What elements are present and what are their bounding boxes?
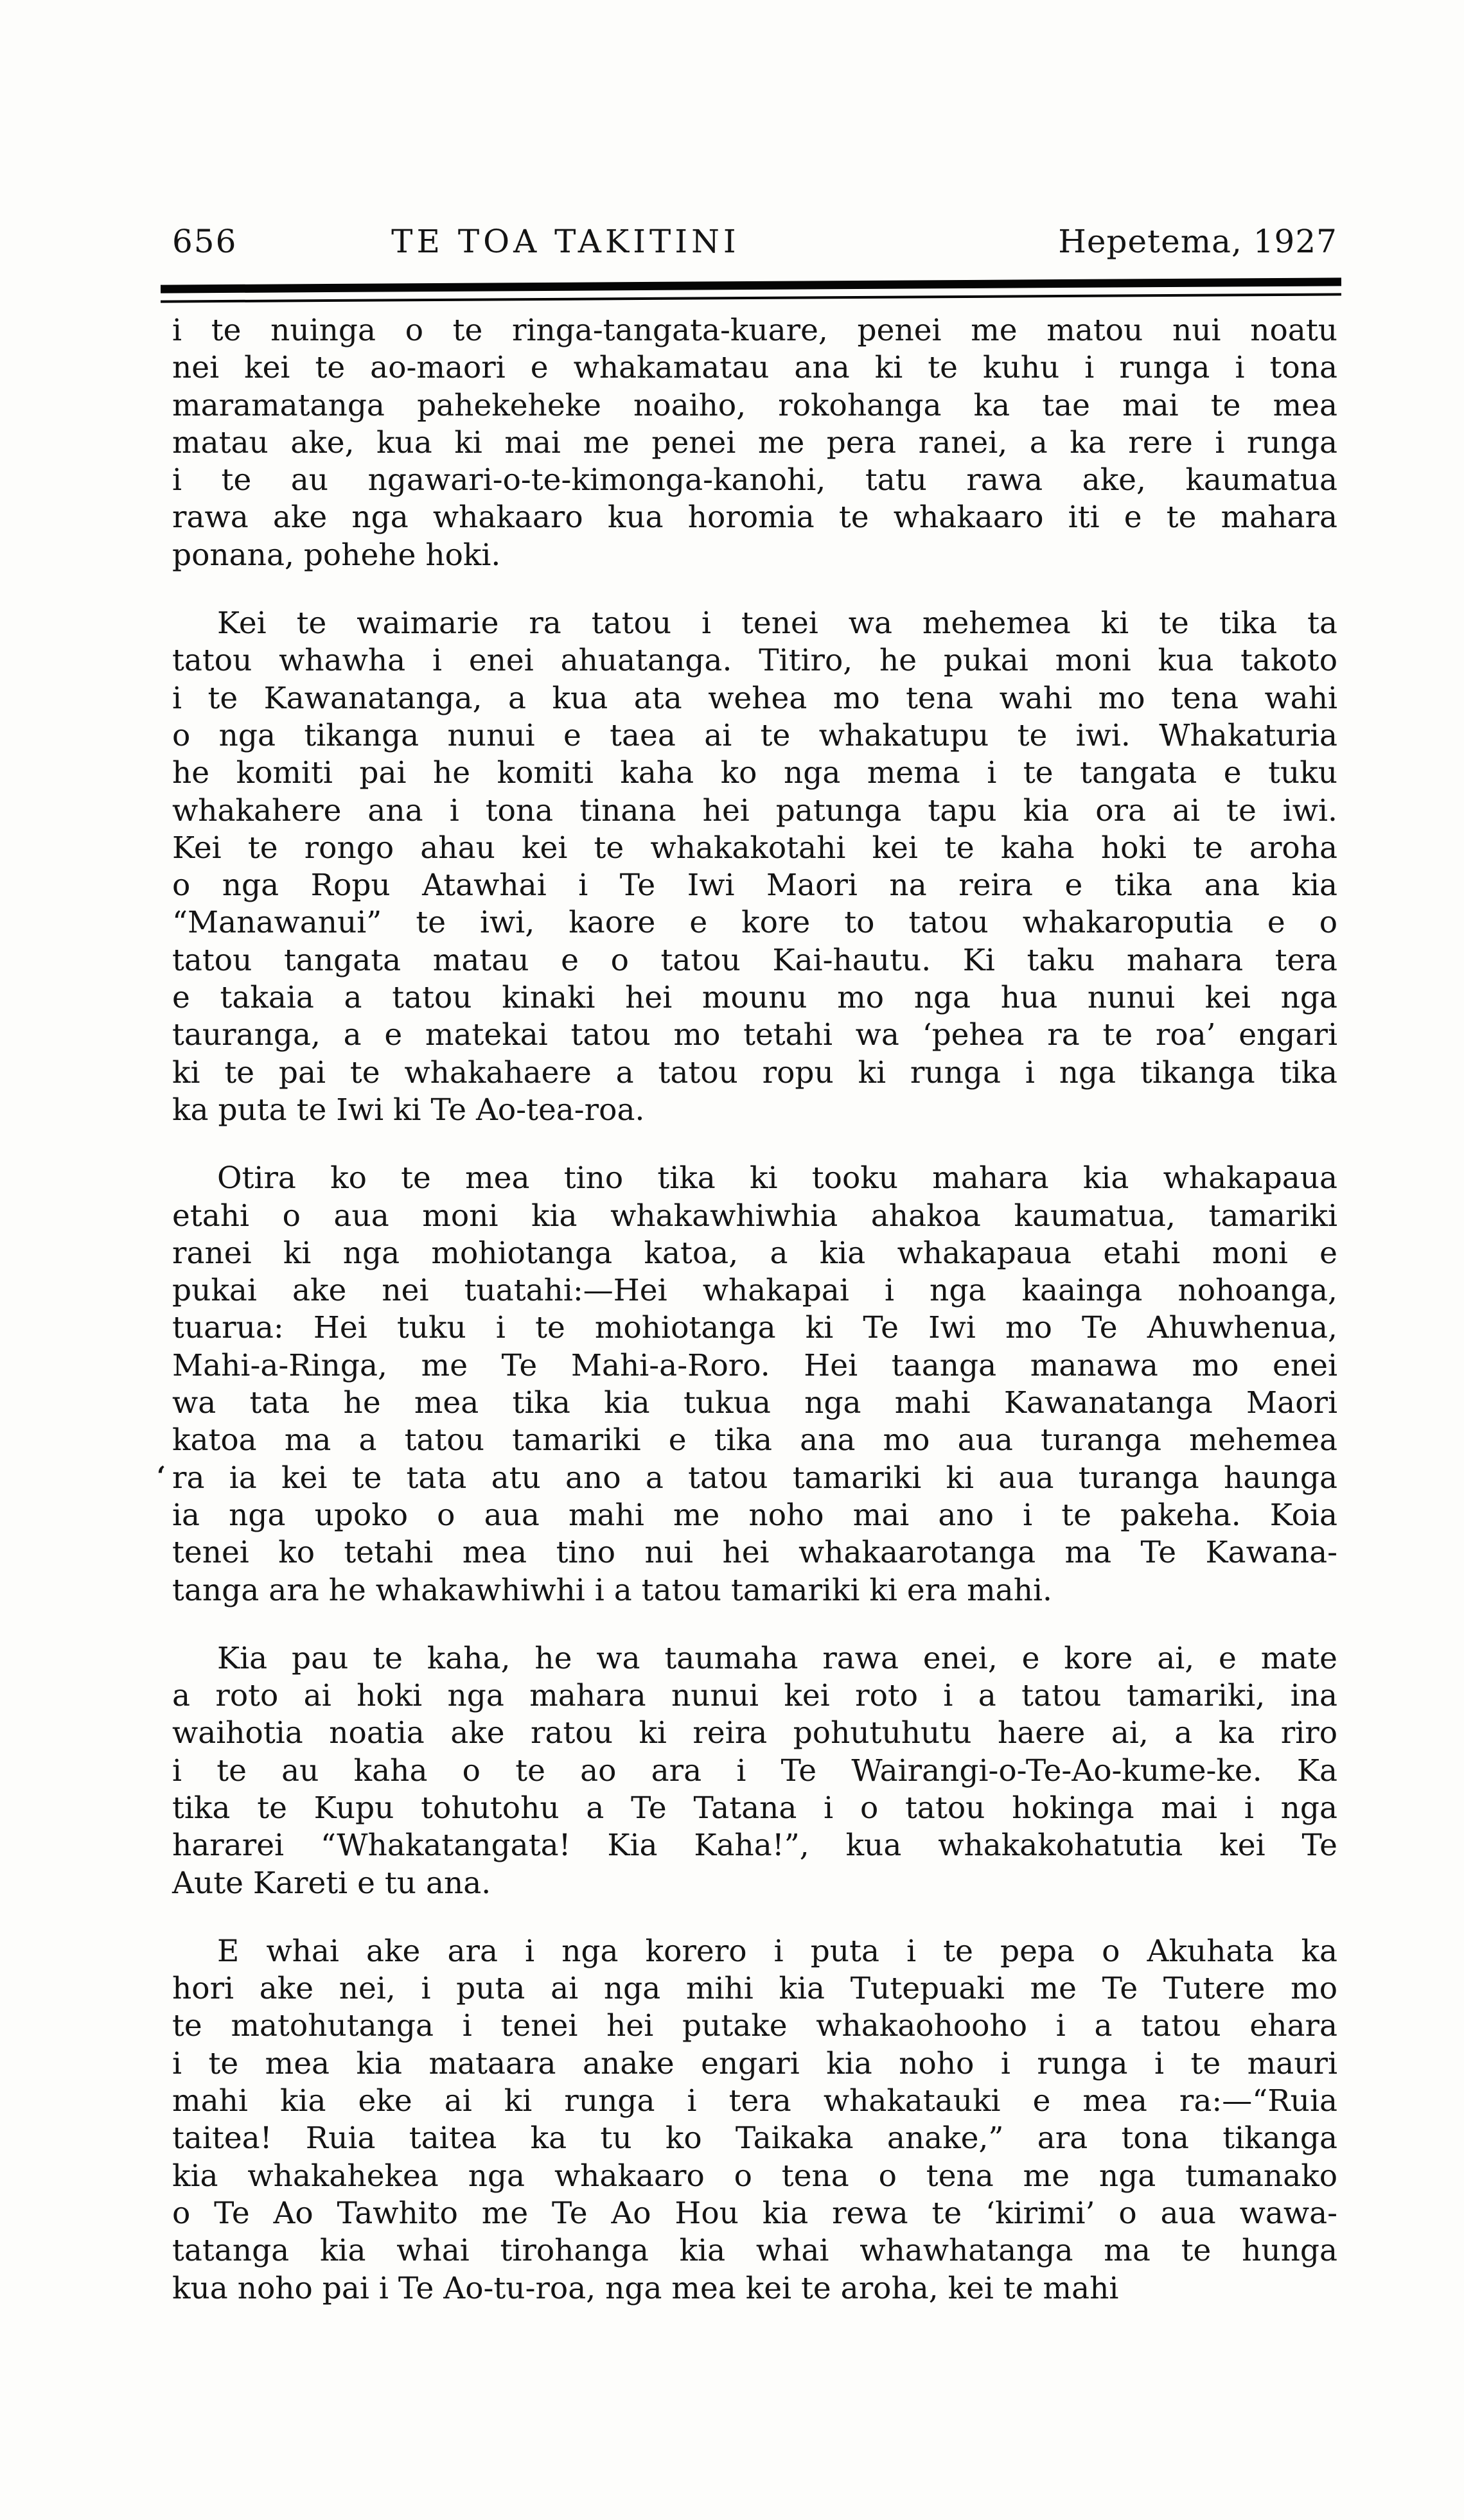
- paragraph: i te nuinga o te ringa-tangata-kuare, pe…: [172, 312, 1337, 574]
- text-line: ‘ra ia kei te tata atu ano a tatou tamar…: [172, 1460, 1337, 1497]
- text-line: a roto ai hoki nga mahara nunui kei roto…: [172, 1677, 1337, 1715]
- text-line: i te nuinga o te ringa-tangata-kuare, pe…: [172, 312, 1337, 349]
- paragraph: Otira ko te mea tino tika ki tooku mahar…: [172, 1160, 1337, 1609]
- text-line: etahi o aua moni kia whakawhiwhia ahakoa…: [172, 1198, 1337, 1235]
- text-line: o Te Ao Tawhito me Te Ao Hou kia rewa te…: [172, 2195, 1337, 2232]
- text-line: Aute Kareti e tu ana.: [172, 1865, 1337, 1902]
- text-line: i te au ngawari-o-te-kimonga-kanohi, tat…: [172, 462, 1337, 499]
- text-line: tenei ko tetahi mea tino nui hei whakaar…: [172, 1534, 1337, 1571]
- text-line: tatou tangata matau e o tatou Kai-hautu.…: [172, 942, 1337, 979]
- text-line: Kei te waimarie ra tatou i tenei wa mehe…: [172, 605, 1337, 642]
- body-text: i te nuinga o te ringa-tangata-kuare, pe…: [172, 312, 1337, 2307]
- text-line: tauranga, a e matekai tatou mo tetahi wa…: [172, 1017, 1337, 1054]
- paragraph: Kei te waimarie ra tatou i tenei wa mehe…: [172, 605, 1337, 1129]
- text-line: rawa ake nga whakaaro kua horomia te wha…: [172, 499, 1337, 536]
- text-line: kua noho pai i Te Ao-tu-roa, nga mea kei…: [172, 2270, 1337, 2307]
- text-line: whakahere ana i tona tinana hei patunga …: [172, 792, 1337, 830]
- text-line: ia nga upoko o aua mahi me noho mai ano …: [172, 1497, 1337, 1534]
- text-line: “Manawanui” te iwi, kaore e kore to tato…: [172, 904, 1337, 941]
- text-line: ki te pai te whakahaere a tatou ropu ki …: [172, 1054, 1337, 1092]
- text-line: i te Kawanatanga, a kua ata wehea mo ten…: [172, 680, 1337, 717]
- text-line: ponana, pohehe hoki.: [172, 537, 1337, 574]
- text-line: Kei te rongo ahau kei te whakakotahi kei…: [172, 830, 1337, 867]
- text-line: katoa ma a tatou tamariki e tika ana mo …: [172, 1422, 1337, 1459]
- text-line: hararei “Whakatangata! Kia Kaha!”, kua w…: [172, 1827, 1337, 1864]
- text-line: tika te Kupu tohutohu a Te Tatana i o ta…: [172, 1790, 1337, 1827]
- text-line: nei kei te ao-maori e whakamatau ana ki …: [172, 349, 1337, 387]
- header-rule-thick: [161, 277, 1341, 293]
- paragraph: E whai ake ara i nga korero i puta i te …: [172, 1933, 1337, 2307]
- text-line: waihotia noatia ake ratou ki reira pohut…: [172, 1715, 1337, 1752]
- text-line: ranei ki nga mohiotanga katoa, a kia wha…: [172, 1235, 1337, 1272]
- text-line: i te mea kia mataara anake engari kia no…: [172, 2045, 1337, 2083]
- header-rule-thin: [161, 293, 1341, 302]
- text-line: Kia pau te kaha, he wa taumaha rawa enei…: [172, 1640, 1337, 1677]
- text-line: hori ake nei, i puta ai nga mihi kia Tut…: [172, 1970, 1337, 2008]
- page-number: 656: [172, 223, 237, 259]
- text-line: kia whakahekea nga whakaaro o tena o ten…: [172, 2158, 1337, 2195]
- text-line: tuarua: Hei tuku i te mohiotanga ki Te I…: [172, 1309, 1337, 1347]
- text-line: o nga tikanga nunui e taea ai te whakatu…: [172, 717, 1337, 755]
- text-line: matau ake, kua ki mai me penei me pera r…: [172, 424, 1337, 462]
- text-line: taitea! Ruia taitea ka tu ko Taikaka ana…: [172, 2120, 1337, 2157]
- text-line: wa tata he mea tika kia tukua nga mahi K…: [172, 1385, 1337, 1422]
- text-line: tanga ara he whakawhiwhi i a tatou tamar…: [172, 1572, 1337, 1609]
- text-line: o nga Ropu Atawhai i Te Iwi Maori na rei…: [172, 867, 1337, 904]
- text-line: E whai ake ara i nga korero i puta i te …: [172, 1933, 1337, 1970]
- text-line: tatanga kia whai tirohanga kia whai whaw…: [172, 2232, 1337, 2270]
- scanned-page: 656 TE TOA TAKITINI Hepetema, 1927 i te …: [0, 0, 1464, 2520]
- text-line: e takaia a tatou kinaki hei mounu mo nga…: [172, 979, 1337, 1017]
- journal-title: TE TOA TAKITINI: [391, 223, 740, 259]
- text-line: tatou whawha i enei ahuatanga. Titiro, h…: [172, 642, 1337, 679]
- text-line: te matohutanga i tenei hei putake whakao…: [172, 2008, 1337, 2045]
- text-line: ka puta te Iwi ki Te Ao-tea-roa.: [172, 1092, 1337, 1129]
- text-line: maramatanga pahekeheke noaiho, rokohanga…: [172, 387, 1337, 424]
- text-line: Otira ko te mea tino tika ki tooku mahar…: [172, 1160, 1337, 1197]
- text-line: Mahi-a-Ringa, me Te Mahi-a-Roro. Hei taa…: [172, 1347, 1337, 1385]
- paragraph: Kia pau te kaha, he wa taumaha rawa enei…: [172, 1640, 1337, 1902]
- issue-date: Hepetema, 1927: [1058, 223, 1337, 259]
- text-line: mahi kia eke ai ki runga i tera whakatau…: [172, 2083, 1337, 2120]
- text-line: pukai ake nei tuatahi:—Hei whakapai i ng…: [172, 1272, 1337, 1309]
- page-header: 656 TE TOA TAKITINI Hepetema, 1927: [172, 223, 1337, 259]
- text-line: he komiti pai he komiti kaha ko nga mema…: [172, 755, 1337, 792]
- text-line: i te au kaha o te ao ara i Te Wairangi-o…: [172, 1753, 1337, 1790]
- margin-mark: ‘: [157, 1464, 166, 1489]
